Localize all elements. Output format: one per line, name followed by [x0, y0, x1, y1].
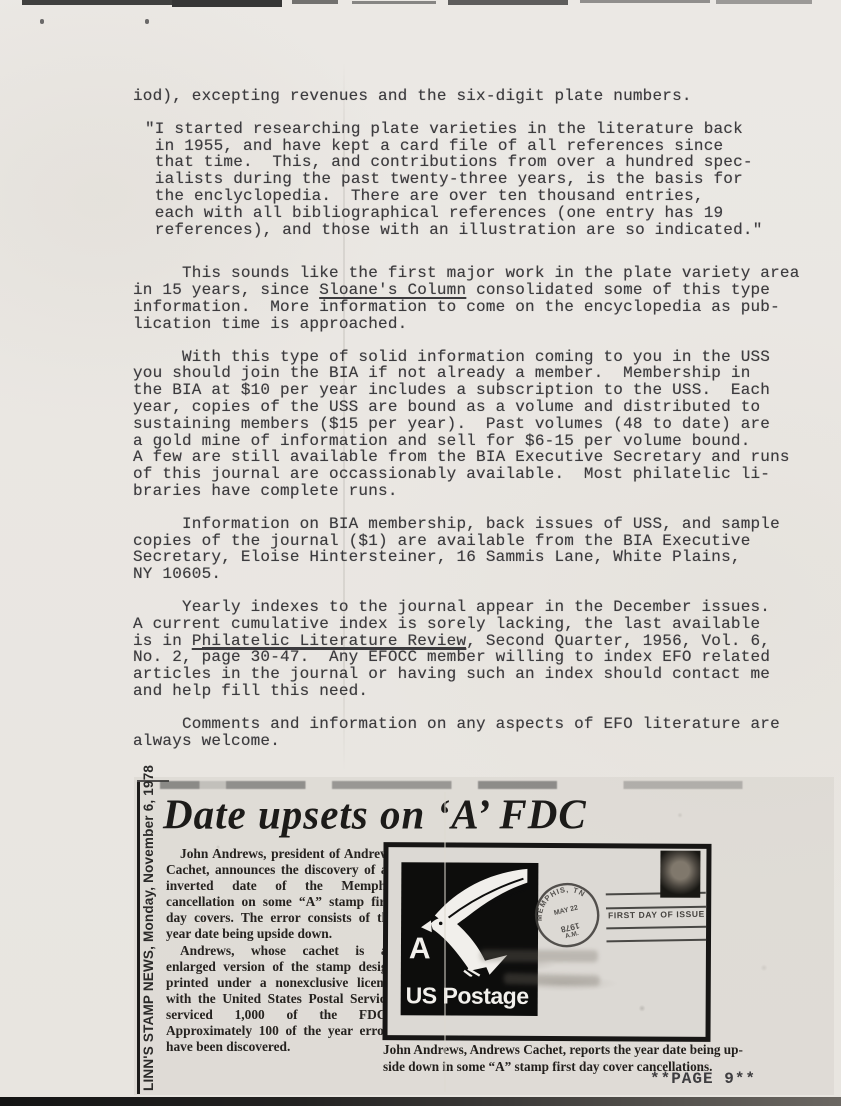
text-segment: sustaining members ($15 per year). Past …	[133, 415, 770, 433]
text-segment: copies of the journal ($1) are available…	[133, 532, 751, 550]
typewritten-line: No. 2, page 30-47. Any EFOCC member will…	[133, 649, 833, 666]
typewritten-paragraph: iod), excepting revenues and the six-dig…	[133, 88, 833, 105]
photo-smudge	[504, 973, 600, 986]
article-column: John Andrews, president of Andrews Cache…	[166, 846, 395, 1055]
typewritten-line: and help fill this need.	[133, 683, 833, 700]
typewritten-line: braries have complete runs.	[133, 483, 833, 500]
masthead-vertical-text: LINN'S STAMP NEWS, Monday, November 6, 1…	[141, 785, 159, 1091]
typewritten-paragraph: Information on BIA membership, back issu…	[133, 516, 833, 583]
text-segment: , Second Quarter, 1956, Vol. 6,	[466, 632, 770, 650]
first-day-slogan-cancel: FIRST DAY OF ISSUE	[606, 892, 707, 943]
photo-smudge	[480, 950, 598, 963]
typewritten-line: A few are still available from the BIA E…	[133, 449, 833, 466]
typewritten-line: Comments and information on any aspects …	[133, 716, 833, 733]
text-segment: With this type of solid information comi…	[133, 348, 770, 366]
clipping-headline: Date upsets on ‘A’ FDC	[163, 791, 587, 837]
photo-caption: John Andrews, Andrews Cachet, reports th…	[383, 1042, 823, 1075]
text-segment: you should join the BIA if not already a…	[133, 364, 751, 382]
scan-artifact-segment	[448, 0, 568, 5]
clipping-top-smudge	[160, 781, 822, 789]
text-segment: er willing to index EFO related	[466, 648, 770, 666]
text-segment: a gold mine of information and sell for …	[133, 432, 751, 450]
killer-bar	[606, 939, 706, 943]
typewritten-paragraph: Comments and information on any aspects …	[133, 716, 833, 750]
text-segment: references), and those with an illustrat…	[145, 221, 763, 239]
typewritten-paragraph: This sounds like the first major work in…	[133, 265, 833, 332]
text-segment: the BIA at $10 per year includes a subsc…	[133, 381, 770, 399]
eagle-cachet: A US Postage	[401, 862, 539, 1016]
typewritten-text-block: iod), excepting revenues and the six-dig…	[133, 88, 833, 765]
slogan-text: FIRST DAY OF ISSUE	[608, 909, 705, 921]
caption-line: John Andrews, Andrews Cachet, reports th…	[383, 1042, 823, 1059]
svg-text:MEMPHIS, TN: MEMPHIS, TN	[528, 880, 592, 923]
scan-artifact-segment	[172, 0, 282, 7]
text-segment: lication time is approached.	[133, 315, 407, 333]
typewritten-line: lication time is approached.	[133, 316, 833, 333]
text-segment: iod), excepting revenues and the six-dig…	[133, 87, 692, 105]
text-segment: Comments and information on any aspects …	[133, 715, 780, 733]
article-paragraph: John Andrews, president of Andrews Cache…	[166, 846, 395, 943]
text-segment: each with all bibliographical references…	[145, 204, 723, 222]
text-segment: articles in the journal or having such a…	[133, 665, 770, 683]
scan-artifact-segment	[292, 0, 338, 4]
clipping-left-rule	[137, 782, 140, 1094]
text-segment: consolidated some of this type	[466, 281, 770, 299]
page-number: **PAGE 9**	[650, 1070, 756, 1088]
scan-speck	[40, 19, 44, 24]
text-segment: year, copies of the USS are bound as a v…	[133, 398, 760, 416]
scan-artifact-bottom-edge	[0, 1097, 841, 1106]
text-segment: in 15 years, since	[133, 281, 319, 299]
typewritten-line: iod), excepting revenues and the six-dig…	[133, 88, 833, 105]
typewritten-line: in 15 years, since Sloane's Column conso…	[133, 282, 833, 299]
typewritten-line: year, copies of the USS are bound as a v…	[133, 399, 833, 416]
scan-speck	[145, 19, 149, 24]
typewritten-paragraph: "I started researching plate varieties i…	[145, 121, 833, 239]
text-segment: NY 10605.	[133, 565, 221, 583]
typewritten-line: the enclyclopedia. There are over ten th…	[145, 188, 833, 205]
text-segment: the enclyclopedia. There are over ten th…	[145, 187, 704, 205]
text-segment: No. 2,	[133, 648, 202, 666]
scan-artifact-segment	[716, 0, 812, 4]
typewritten-line: "I started researching plate varieties i…	[145, 121, 833, 138]
typewritten-line: With this type of solid information comi…	[133, 349, 833, 366]
typewritten-line: always welcome.	[133, 733, 833, 750]
postmark-city: MEMPHIS, TN	[528, 880, 592, 923]
text-segment: of this journal are occassionably availa…	[133, 465, 770, 483]
typewritten-line: This sounds like the first major work in…	[133, 265, 833, 282]
text-segment: and help fill this need.	[133, 682, 368, 700]
typewritten-line: you should join the BIA if not already a…	[133, 365, 833, 382]
underlined-title: Sloane's Column	[319, 281, 466, 299]
article-paragraph: Andrews, whose cachet is an enlarged ver…	[166, 943, 395, 1056]
text-segment: Yearly indexes to the journal appear in …	[133, 598, 770, 616]
text-segment: braries have complete runs.	[133, 482, 398, 500]
typewritten-line: in 1955, and have kept a card file of al…	[145, 138, 833, 155]
fdc-photo: A US Postage MEMPHIS, TN MAY 22 1978 A.M…	[382, 842, 711, 1042]
postmark-date: MAY 22	[553, 904, 579, 917]
killer-bar	[606, 926, 706, 930]
scan-artifact-segment	[352, 1, 436, 4]
typewritten-line: of this journal are occassionably availa…	[133, 466, 833, 483]
text-segment: Secretary, Eloise Hintersteiner, 16 Samm…	[133, 548, 741, 566]
scan-artifact-segment	[22, 0, 172, 5]
cachet-inscription: US Postage	[406, 982, 529, 1010]
typewritten-line: copies of the journal ($1) are available…	[133, 533, 833, 550]
typewritten-line: sustaining members ($15 per year). Past …	[133, 416, 833, 433]
typewritten-line: the BIA at $10 per year includes a subsc…	[133, 382, 833, 399]
text-segment: Information on BIA membership, back issu…	[133, 515, 780, 533]
overlined-text: page 30-47. Any EFOCC memb	[202, 647, 467, 666]
typewritten-line: Information on BIA membership, back issu…	[133, 516, 833, 533]
text-segment: This sounds like the first major work in…	[133, 264, 800, 282]
typewritten-paragraph: With this type of solid information comi…	[133, 349, 833, 500]
typewritten-line: Yearly indexes to the journal appear in …	[133, 599, 833, 616]
typewritten-line: A current cumulative index is sorely lac…	[133, 616, 833, 633]
postage-stamp	[660, 851, 700, 898]
typewritten-line: references), and those with an illustrat…	[145, 222, 833, 239]
text-segment: "I started researching plate varieties i…	[145, 120, 743, 138]
text-segment: information. More information to come on…	[133, 298, 780, 316]
caption-line: side down in some “A” stamp first day co…	[383, 1059, 823, 1076]
typewritten-line: ialists during the past twenty-three yea…	[145, 171, 833, 188]
postmark-meridian: A.M.	[564, 930, 579, 940]
text-segment: that time. This, and contributions from …	[145, 153, 753, 171]
paper-crease	[444, 792, 446, 1092]
typewritten-line: that time. This, and contributions from …	[145, 154, 833, 171]
typewritten-paragraph: Yearly indexes to the journal appear in …	[133, 599, 833, 700]
cachet-letter-a: A	[409, 932, 431, 966]
typewritten-line: Secretary, Eloise Hintersteiner, 16 Samm…	[133, 549, 833, 566]
typewritten-line: NY 10605.	[133, 566, 833, 583]
scanned-document-page: { "document": { "typewritten": { "paragr…	[0, 0, 841, 1106]
text-segment: A few are still available from the BIA E…	[133, 448, 790, 466]
text-segment: always welcome.	[133, 732, 280, 750]
text-segment: ialists during the past twenty-three yea…	[145, 170, 743, 188]
typewritten-line: articles in the journal or having such a…	[133, 666, 833, 683]
text-segment: in 1955, and have kept a card file of al…	[145, 137, 723, 155]
postmark-cancellation: MEMPHIS, TN MAY 22 1978 A.M.	[522, 870, 611, 959]
typewritten-line: information. More information to come on…	[133, 299, 833, 316]
text-segment: is in	[133, 632, 192, 650]
text-segment: A current cumulative index is sorely lac…	[133, 615, 760, 633]
typewritten-line: a gold mine of information and sell for …	[133, 433, 833, 450]
typewritten-line: each with all bibliographical references…	[145, 205, 833, 222]
scan-artifact-segment	[580, 0, 710, 3]
